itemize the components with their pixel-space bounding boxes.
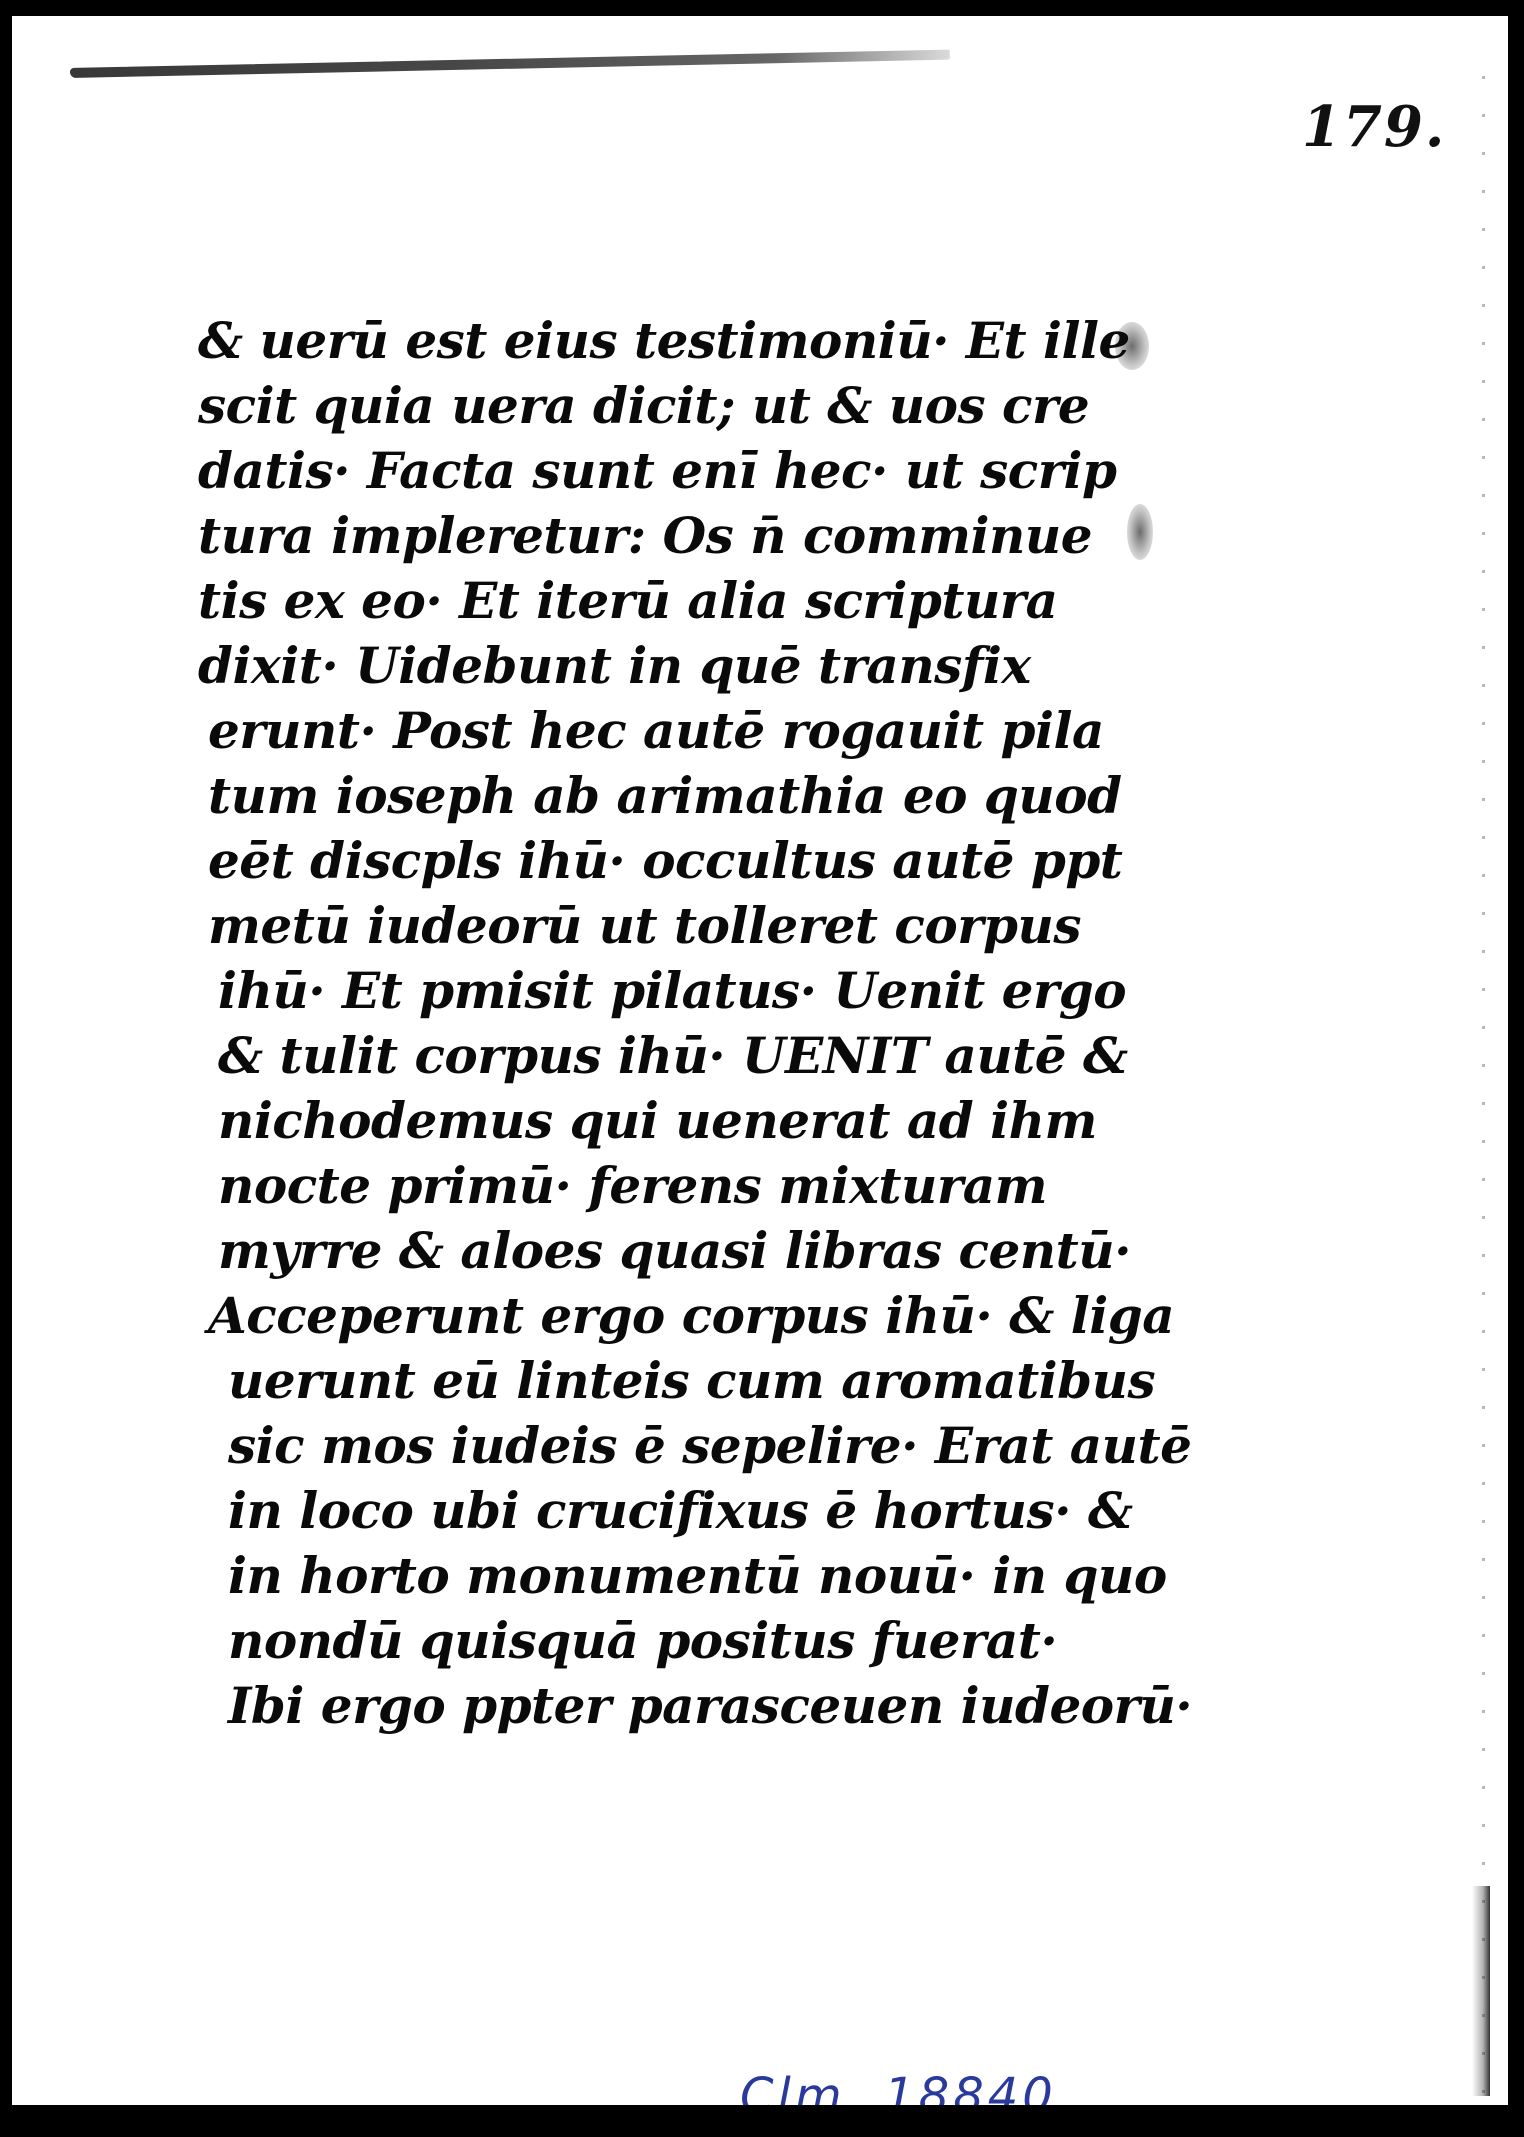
text-line: scit quia uera dicit; ut & uos cre bbox=[198, 373, 1178, 438]
page-edge-prick-marks bbox=[1482, 76, 1485, 2096]
text-line: ihū· Et pmisit pilatus· Uenit ergo bbox=[198, 958, 1178, 1023]
text-line: Acceperunt ergo corpus ihū· & liga bbox=[198, 1283, 1178, 1348]
text-line: sic mos iudeis ē sepelire· Erat autē bbox=[198, 1413, 1178, 1478]
text-line: metū iudeorū ut tolleret corpus bbox=[198, 893, 1178, 958]
manuscript-text-block: & uerū est eius testimoniū· Et ille scit… bbox=[198, 308, 1178, 1738]
text-line: nichodemus qui uenerat ad ihm bbox=[198, 1088, 1178, 1153]
text-line: datis· Facta sunt enī hec· ut scrip bbox=[198, 438, 1178, 503]
text-line: tum ioseph ab arimathia eo quod bbox=[198, 763, 1178, 828]
text-line: myrre & aloes quasi libras centū· bbox=[198, 1218, 1178, 1283]
text-line: Ibi ergo ppter parasceuen iudeorū· bbox=[198, 1673, 1178, 1738]
text-line: in horto monumentū nouū· in quo bbox=[198, 1543, 1178, 1608]
manuscript-page: 179. & uerū est eius testimoniū· Et ille… bbox=[12, 16, 1508, 2105]
text-line: uerunt eū linteis cum aromatibus bbox=[198, 1348, 1178, 1413]
text-line: tura impleretur: Os n̄ comminue bbox=[198, 503, 1178, 568]
page-edge-shadow bbox=[1472, 1886, 1490, 2096]
text-line: & uerū est eius testimoniū· Et ille bbox=[198, 308, 1178, 373]
text-line: & tulit corpus ihū· UENIT autē & bbox=[198, 1023, 1178, 1088]
text-line: nocte primū· ferens mixturam bbox=[198, 1153, 1178, 1218]
text-line: dixit· Uidebunt in quē transfix bbox=[198, 633, 1178, 698]
shelfmark-label: Clm. 18840 bbox=[740, 2068, 1057, 2105]
top-ruling-stroke bbox=[70, 50, 950, 78]
text-line: tis ex eo· Et iterū alia scriptura bbox=[198, 568, 1178, 633]
text-line: nondū quisquā positus fuerat· bbox=[198, 1608, 1178, 1673]
text-line: eēt discpls ihū· occultus autē ppt bbox=[198, 828, 1178, 893]
folio-number: 179. bbox=[1302, 94, 1446, 160]
text-line: in loco ubi crucifixus ē hortus· & bbox=[198, 1478, 1178, 1543]
text-line: erunt· Post hec autē rogauit pila bbox=[198, 698, 1178, 763]
